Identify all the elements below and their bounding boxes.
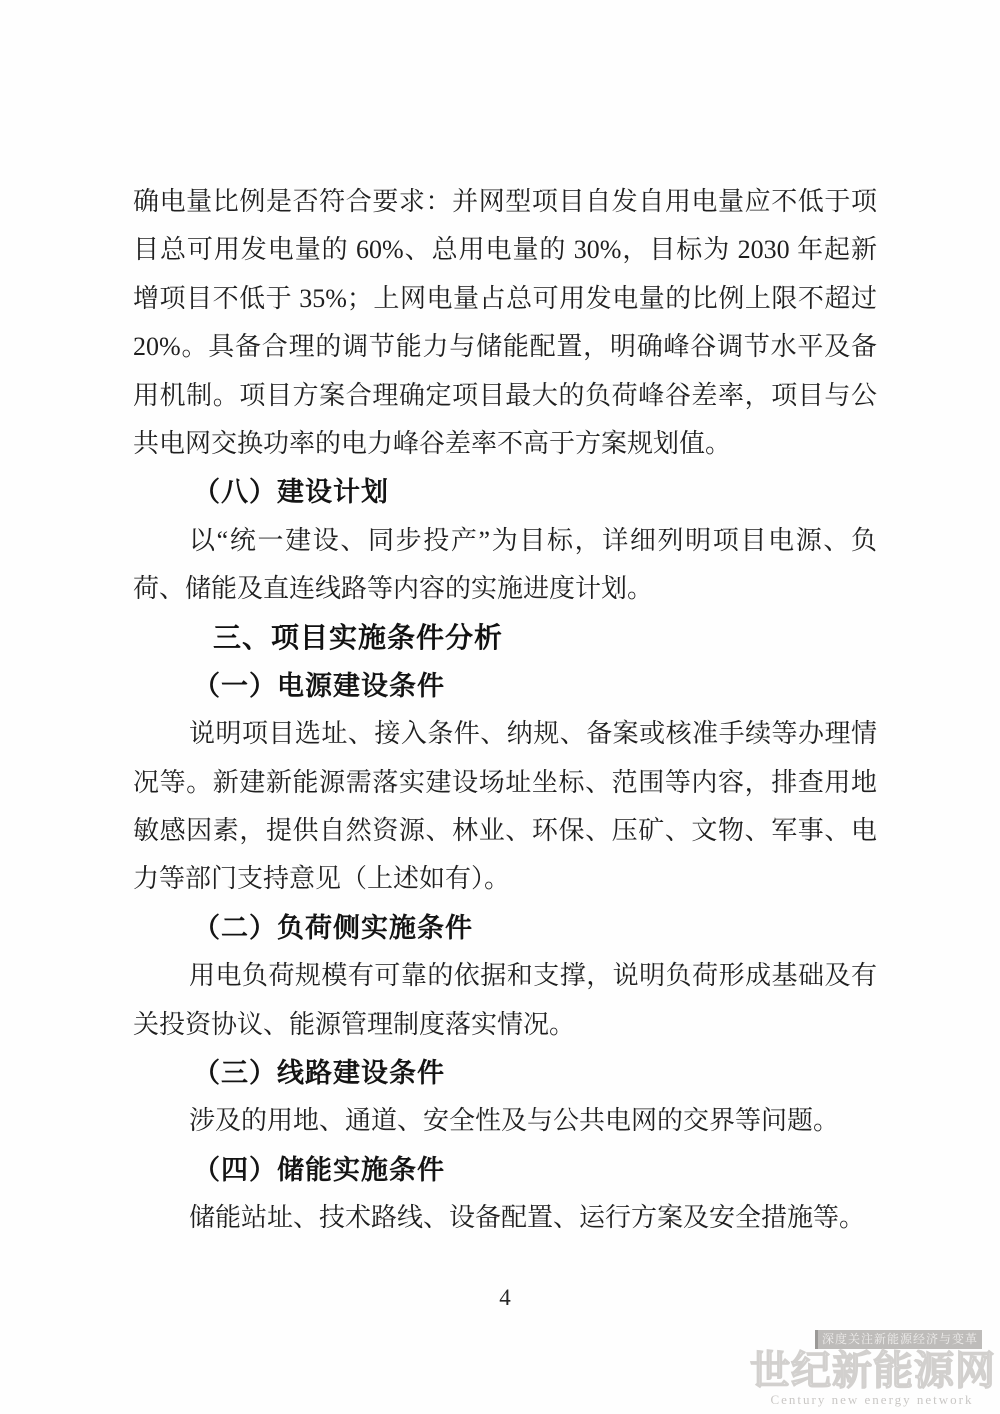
paragraph-line: 用机制。项目方案合理确定项目最大的负荷峰谷差率，项目与公 bbox=[133, 372, 877, 420]
section-heading-construction-plan: （八）建设计划 bbox=[133, 468, 877, 516]
paragraph-line: 关投资协议、能源管理制度落实情况。 bbox=[133, 1001, 877, 1049]
paragraph-line: 涉及的用地、通道、安全性及与公共电网的交界等问题。 bbox=[133, 1097, 877, 1145]
paragraph-line: 增项目不低于 35%；上网电量占总可用发电量的比例上限不超过 bbox=[133, 275, 877, 323]
watermark-brand-english: Century new energy network bbox=[750, 1392, 994, 1408]
paragraph-line: 况等。新建新能源需落实建设场址坐标、范围等内容，排查用地 bbox=[133, 759, 877, 807]
paragraph-line: 敏感因素，提供自然资源、林业、环保、压矿、文物、军事、电 bbox=[133, 807, 877, 855]
paragraph-line: 目总可用发电量的 60%、总用电量的 30%，目标为 2030 年起新 bbox=[133, 226, 877, 274]
watermark-slogan-badge: 深度关注新能源经济与变革 bbox=[815, 1330, 982, 1349]
paragraph-line: 荷、储能及直连线路等内容的实施进度计划。 bbox=[133, 565, 877, 613]
page-number: 4 bbox=[133, 1285, 877, 1311]
paragraph-line: 20%。具备合理的调节能力与储能配置，明确峰谷调节水平及备 bbox=[133, 323, 877, 371]
paragraph-line: 共电网交换功率的电力峰谷差率不高于方案规划值。 bbox=[133, 420, 877, 468]
document-body: 确电量比例是否符合要求：并网型项目自发自用电量应不低于项 目总可用发电量的 60… bbox=[133, 178, 877, 1243]
paragraph-line: 说明项目选址、接入条件、纳规、备案或核准手续等办理情 bbox=[133, 710, 877, 758]
chapter-heading-implementation-conditions: 三、项目实施条件分析 bbox=[133, 614, 877, 662]
document-page: 确电量比例是否符合要求：并网型项目自发自用电量应不低于项 目总可用发电量的 60… bbox=[0, 0, 1000, 1414]
watermark-brand-logo: 世纪新能源网 bbox=[750, 1348, 994, 1394]
section-heading-line-construction-conditions: （三）线路建设条件 bbox=[133, 1049, 877, 1097]
paragraph-line: 确电量比例是否符合要求：并网型项目自发自用电量应不低于项 bbox=[133, 178, 877, 226]
section-heading-power-source-conditions: （一）电源建设条件 bbox=[133, 662, 877, 710]
paragraph-line: 以“统一建设、同步投产”为目标，详细列明项目电源、负 bbox=[133, 517, 877, 565]
paragraph-line: 力等部门支持意见（上述如有）。 bbox=[133, 855, 877, 903]
section-heading-storage-conditions: （四）储能实施条件 bbox=[133, 1146, 877, 1194]
paragraph-line: 用电负荷规模有可靠的依据和支撑，说明负荷形成基础及有 bbox=[133, 952, 877, 1000]
section-heading-load-side-conditions: （二）负荷侧实施条件 bbox=[133, 904, 877, 952]
paragraph-line: 储能站址、技术路线、设备配置、运行方案及安全措施等。 bbox=[133, 1194, 877, 1242]
